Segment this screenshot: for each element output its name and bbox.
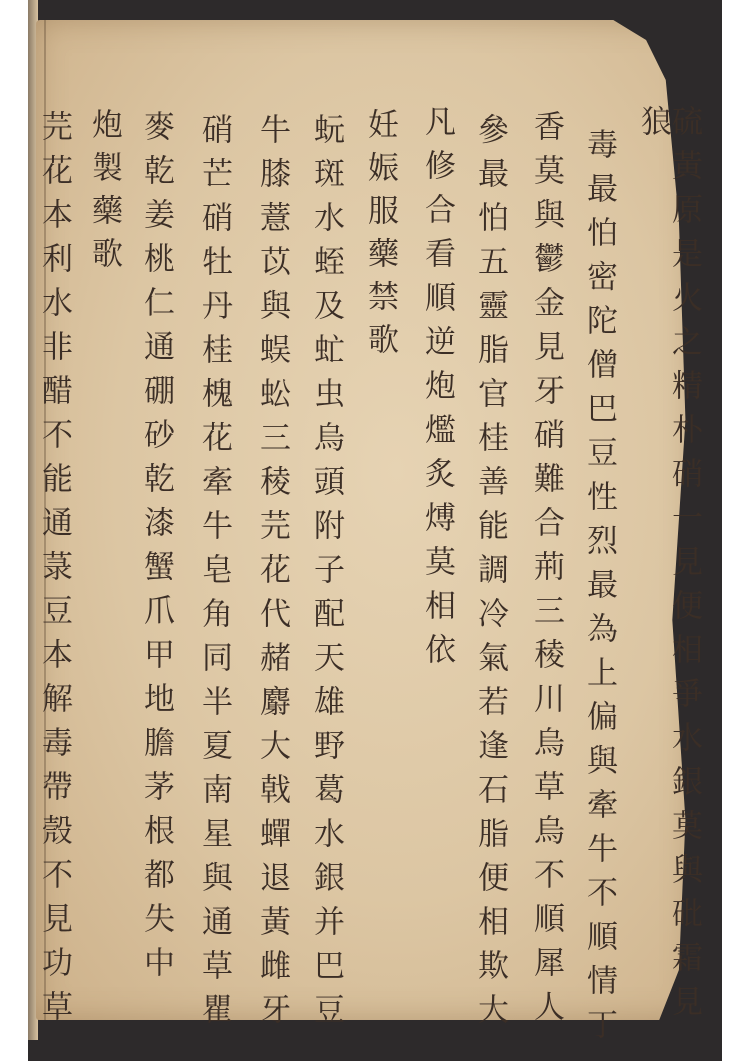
text-column-8: 牛膝薏苡與蜈蚣三稜芫花代赭麝大戟蟬退黃雌牙: [256, 113, 287, 1037]
text-column-9: 硝芒硝牡丹桂槐花牽牛皂角同半夏南星與通草瞿: [198, 113, 229, 1037]
text-column-5: 凡修合看順逆炮爁炙煿莫相依: [421, 105, 452, 677]
section-title-processing-song: 炮製藥歌: [88, 108, 119, 280]
text-column-4: 參最怕五靈脂官桂善能調冷氣若逢石脂便相欺大: [474, 113, 505, 1037]
text-column-1: 硫黃原是火之精朴硝一見便相爭水銀莫與砒霜見狼: [637, 105, 699, 1061]
section-title-pregnancy-prohibitions: 妊娠服藥禁歌: [364, 108, 395, 366]
text-column-10: 麥乾姜桃仁通硼砂乾漆蟹爪甲地膽茅根都失中: [140, 110, 171, 990]
text-column-3: 香莫與鬱金見牙硝難合荊三稜川烏草烏不順犀人: [530, 110, 561, 1034]
text-column-12: 芫花本利水非醋不能通菉豆本解毒帶殼不見功草: [38, 110, 69, 1034]
text-column-2: 毒最怕密陀僧巴豆性烈最為上偏與牽牛不順情丁: [583, 128, 614, 1052]
text-column-7: 蚖斑水蛭及虻虫烏頭附子配天雄野葛水銀并巴豆: [310, 113, 341, 1037]
